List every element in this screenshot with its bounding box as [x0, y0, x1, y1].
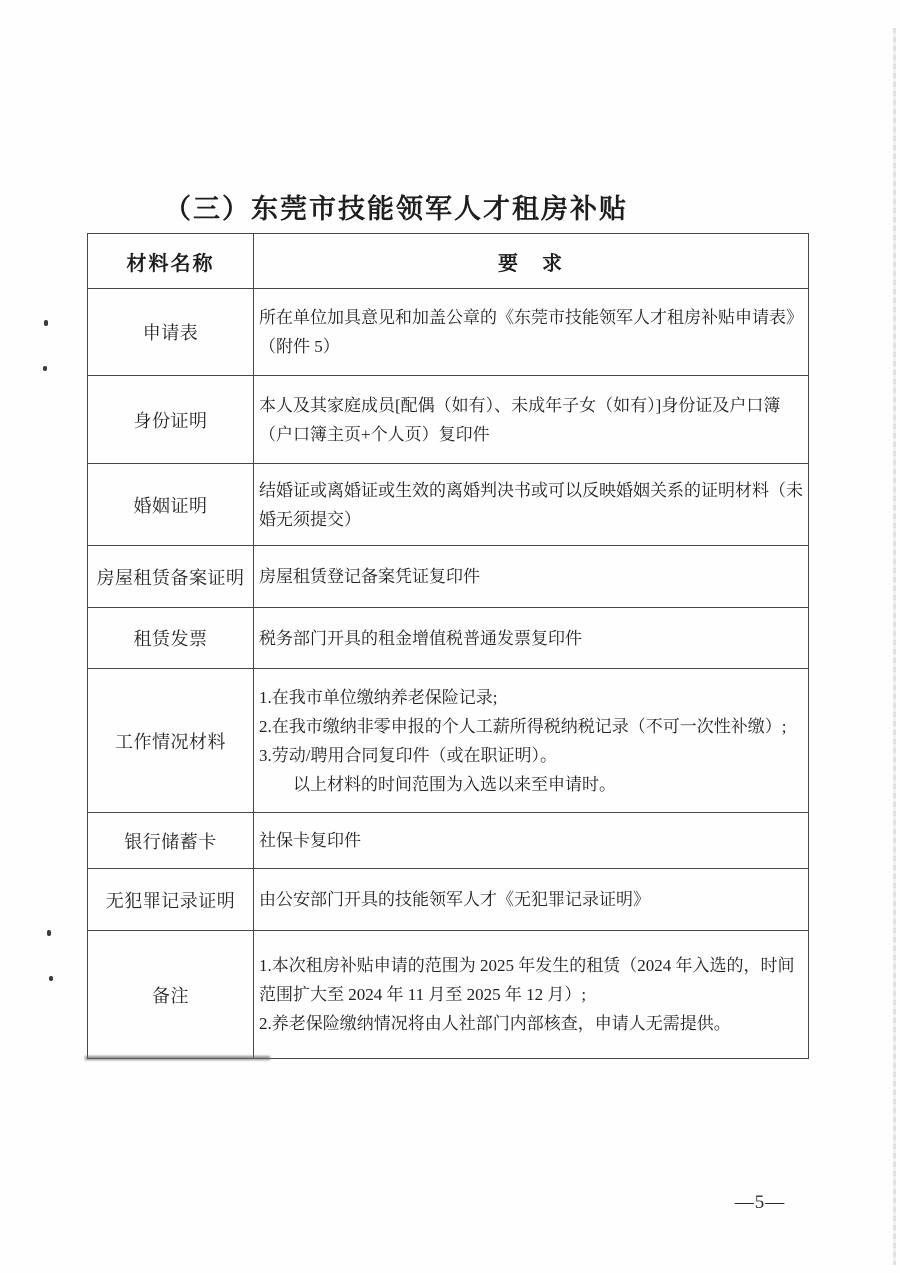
material-name-cell: 工作情况材料 — [88, 669, 254, 813]
table-row-lease-registration: 房屋租赁备案证明 房屋租赁登记备案凭证复印件 — [88, 546, 809, 608]
material-name-cell: 租赁发票 — [88, 608, 254, 669]
page-number: —5— — [700, 1192, 820, 1214]
requirement-cell: 所在单位加具意见和加盖公章的《东莞市技能领军人才租房补贴申请表》（附件 5） — [254, 289, 809, 376]
material-name-cell: 银行储蓄卡 — [88, 813, 254, 869]
requirement-cell: 1.在我市单位缴纳养老保险记录; 2.在我市缴纳非零申报的个人工薪所得税纳税记录… — [254, 669, 809, 813]
requirement-cell: 社保卡复印件 — [254, 813, 809, 869]
requirement-cell: 税务部门开具的租金增值税普通发票复印件 — [254, 608, 809, 669]
requirement-cell: 结婚证或离婚证或生效的离婚判决书或可以反映婚姻关系的证明材料（未婚无须提交） — [254, 464, 809, 546]
scan-speck — [47, 930, 51, 936]
table-row-marriage-proof: 婚姻证明 结婚证或离婚证或生效的离婚判决书或可以反映婚姻关系的证明材料（未婚无须… — [88, 464, 809, 546]
material-name-cell: 无犯罪记录证明 — [88, 869, 254, 931]
requirement-cell: 房屋租赁登记备案凭证复印件 — [254, 546, 809, 608]
header-material-name: 材料名称 — [88, 234, 254, 289]
table-row-bank-card: 银行储蓄卡 社保卡复印件 — [88, 813, 809, 869]
requirement-cell: 本人及其家庭成员[配偶（如有）、未成年子女（如有）]身份证及户口簿（户口簿主页+… — [254, 376, 809, 464]
scan-speck — [43, 366, 47, 371]
material-name-cell: 婚姻证明 — [88, 464, 254, 546]
material-name-cell: 申请表 — [88, 289, 254, 376]
requirement-cell: 由公安部门开具的技能领军人才《无犯罪记录证明》 — [254, 869, 809, 931]
table-row-work-materials: 工作情况材料 1.在我市单位缴纳养老保险记录; 2.在我市缴纳非零申报的个人工薪… — [88, 669, 809, 813]
requirement-cell: 1.本次租房补贴申请的范围为 2025 年发生的租赁（2024 年入选的，时间范… — [254, 931, 809, 1059]
materials-requirements-table: 材料名称 要 求 申请表 所在单位加具意见和加盖公章的《东莞市技能领军人才租房补… — [87, 233, 809, 1059]
table-row-rent-invoice: 租赁发票 税务部门开具的租金增值税普通发票复印件 — [88, 608, 809, 669]
section-title: （三）东莞市技能领军人才租房补贴 — [164, 187, 628, 226]
material-name-cell: 身份证明 — [88, 376, 254, 464]
header-requirement: 要 求 — [254, 234, 809, 289]
table-row-no-criminal-record: 无犯罪记录证明 由公安部门开具的技能领军人才《无犯罪记录证明》 — [88, 869, 809, 931]
scan-edge-artifact — [893, 28, 896, 1265]
table-row-identity-proof: 身份证明 本人及其家庭成员[配偶（如有）、未成年子女（如有）]身份证及户口簿（户… — [88, 376, 809, 464]
material-name-cell: 备注 — [88, 931, 254, 1059]
scan-speck — [44, 320, 48, 326]
scan-speck — [49, 976, 53, 981]
material-name-cell: 房屋租赁备案证明 — [88, 546, 254, 608]
table-header-row: 材料名称 要 求 — [88, 234, 809, 289]
scan-smudge-artifact — [85, 1056, 270, 1060]
document-page: （三）东莞市技能领军人才租房补贴 材料名称 要 求 申请表 所在单位加具意见和加… — [0, 0, 900, 1273]
table-row-application-form: 申请表 所在单位加具意见和加盖公章的《东莞市技能领军人才租房补贴申请表》（附件 … — [88, 289, 809, 376]
table-row-remarks: 备注 1.本次租房补贴申请的范围为 2025 年发生的租赁（2024 年入选的，… — [88, 931, 809, 1059]
